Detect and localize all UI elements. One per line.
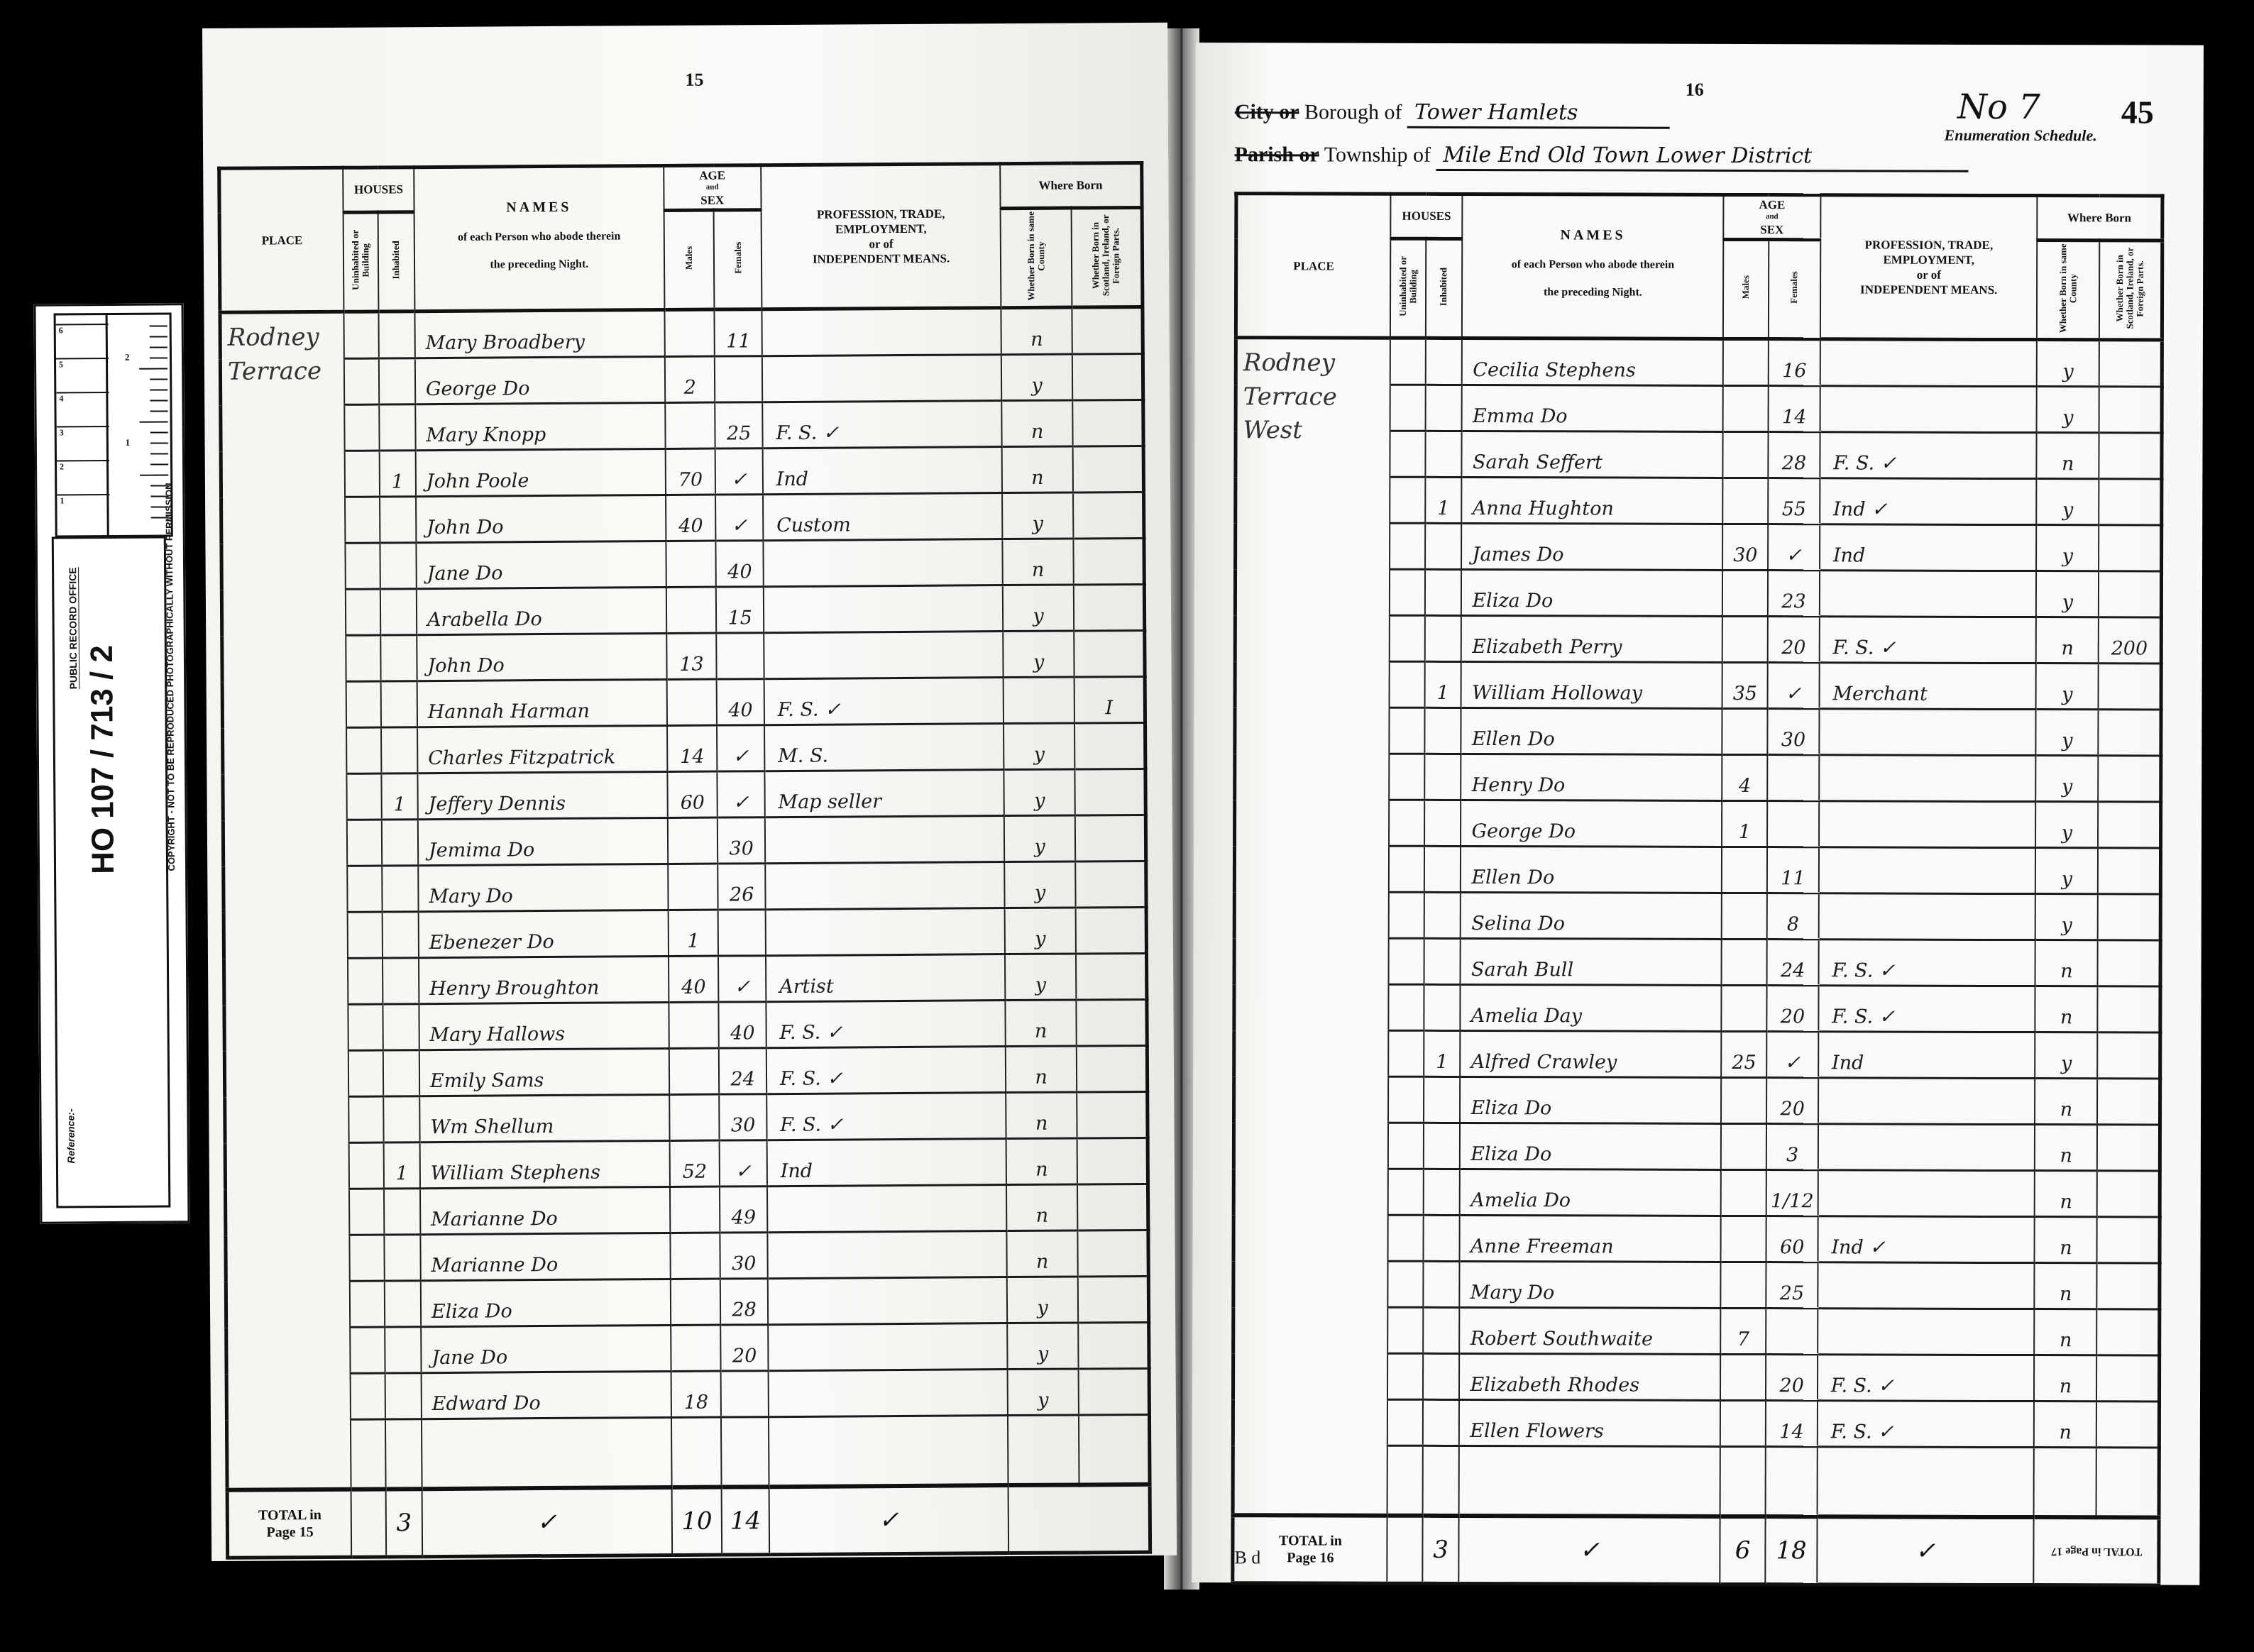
born-same-county: y [1004, 723, 1074, 770]
inhabited-cell: 1 [380, 451, 416, 497]
total-row: TOTAL inPage 15 3 ✓ 10 14 ✓ [227, 1485, 1150, 1558]
profession: F. S. ✓ [1818, 1401, 2035, 1448]
blank-row [226, 1415, 1150, 1490]
person-name: Jane Do [416, 541, 666, 589]
born-foreign [1076, 954, 1147, 1001]
footer-mark: B d [1234, 1547, 1260, 1568]
header-names-sub1: of each Person who abode therein [415, 223, 664, 252]
header-uninhabited: Uninhabited or Building [343, 212, 379, 312]
uninhabited-cell [346, 727, 381, 773]
inhabited-cell: 1 [1424, 1031, 1461, 1077]
person-name: Mary Knopp [415, 403, 665, 451]
uninhabited-cell [1389, 846, 1424, 892]
born-same-county: n [2035, 1079, 2097, 1125]
schedule-label: Enumeration Schedule. [1944, 126, 2096, 145]
total-females: 18 [1766, 1516, 1818, 1585]
born-foreign [1075, 815, 1146, 862]
ruler-tick [150, 336, 167, 337]
profession [762, 355, 1002, 402]
inhabited-cell [380, 635, 417, 681]
person-name: Sarah Bull [1461, 939, 1722, 986]
born-foreign [2096, 1355, 2159, 1402]
profession [767, 1185, 1007, 1233]
left-page: 15 PLACE HOUSES NAMES of each Person who… [202, 23, 1177, 1561]
born-foreign [2099, 433, 2162, 479]
ruler-tick [139, 368, 167, 369]
person-name: Eliza Do [1461, 570, 1722, 617]
uninhabited-cell [351, 1373, 385, 1419]
header-names-sub2: the preceding Night. [415, 250, 664, 280]
profession [763, 539, 1003, 587]
born-same-county: y [1001, 354, 1072, 401]
header-age-sex: AGEandSEX [664, 165, 762, 211]
person-name: Robert Southwaite [1460, 1308, 1721, 1355]
male-age [1721, 1216, 1766, 1262]
total-inhabited: 3 [386, 1489, 422, 1557]
inhabited-cell [1423, 1354, 1460, 1400]
born-same-county: n [2034, 1402, 2096, 1448]
female-age: 40 [717, 679, 764, 725]
total-row: TOTAL inPage 16 3 ✓ 6 18 ✓ TOTAL in Page… [1233, 1515, 2159, 1585]
born-same-county: n [2035, 1217, 2097, 1263]
header-names-sub2: the preceding Night. [1463, 279, 1723, 307]
person-name: Charles Fitzpatrick [417, 726, 667, 773]
uninhabited-cell [347, 820, 382, 866]
header-same-county: Whether Born in same County [1001, 208, 1072, 308]
female-age: 40 [716, 541, 764, 587]
person-name: Henry Do [1461, 754, 1722, 801]
profession [1820, 571, 2037, 617]
profession: F. S. ✓ [1820, 617, 2037, 663]
place-cell: Rodney Terrace West [1233, 338, 1390, 1516]
inhabited-cell [383, 1096, 419, 1142]
female-age [715, 356, 762, 402]
inhabited-cell [1425, 524, 1462, 570]
female-age: 20 [1768, 617, 1820, 663]
profession [1819, 709, 2036, 756]
female-age [1768, 755, 1820, 801]
inhabited-cell: 1 [381, 773, 417, 820]
uninhabited-cell [350, 1327, 385, 1373]
person-row: Jane Do 40 n [221, 539, 1144, 590]
person-name: Mary Hallows [419, 1003, 669, 1050]
inhabited-cell [1424, 985, 1461, 1031]
person-name: Ellen Do [1461, 708, 1722, 755]
uninhabited-cell [348, 958, 383, 1004]
person-name: Elizabeth Rhodes [1459, 1354, 1720, 1401]
inhabited-cell [380, 589, 417, 635]
profession: Artist [766, 954, 1006, 1002]
born-same-county: n [2035, 986, 2098, 1032]
born-foreign [1078, 1277, 1149, 1323]
person-name: James Do [1462, 524, 1723, 571]
male-age: 13 [666, 633, 717, 679]
total-profession-tick: ✓ [769, 1485, 1008, 1555]
male-age: 40 [666, 495, 716, 541]
total-names-tick: ✓ [1459, 1516, 1720, 1584]
total-uninhabited [1387, 1516, 1422, 1584]
profession: Ind ✓ [1820, 478, 2037, 525]
person-row: Edward Do 18 y [226, 1369, 1149, 1421]
inhabited-cell [383, 1004, 419, 1050]
female-age: 30 [720, 1094, 767, 1140]
male-age [1722, 571, 1768, 617]
female-age [721, 1371, 769, 1417]
inhabited-cell [1424, 1077, 1461, 1123]
total-inhabited: 3 [1422, 1516, 1459, 1584]
born-same-county: n [1006, 1046, 1077, 1093]
uninhabited-cell [1387, 1261, 1423, 1307]
male-age: 1 [1722, 801, 1767, 847]
header-foreign: Whether Born in Scotland, Ireland, or Fo… [2099, 241, 2162, 340]
person-row: George Do 2 y [220, 354, 1143, 406]
copyright-notice: COPYRIGHT - NOT TO BE REPRODUCED PHOTOGR… [163, 483, 177, 871]
born-foreign [1078, 1369, 1149, 1416]
ruler-tick [150, 453, 168, 454]
born-foreign [2098, 848, 2160, 894]
profession [1819, 847, 2036, 894]
female-age: 3 [1766, 1124, 1818, 1170]
male-age [1721, 1124, 1766, 1170]
person-name: William Stephens [419, 1141, 669, 1189]
census-table-right: PLACE HOUSES NAMES of each Person who ab… [1231, 192, 2164, 1587]
header-females: Females [1769, 240, 1820, 339]
profession [762, 308, 1001, 356]
inhabited-cell [1424, 847, 1461, 893]
uninhabited-cell [346, 543, 380, 589]
born-same-county: y [2035, 848, 2098, 894]
inhabited-cell [1424, 708, 1461, 754]
ruler-tick [150, 410, 168, 412]
uninhabited-cell [346, 635, 381, 681]
uninhabited-cell [348, 1096, 383, 1142]
uninhabited-cell [1390, 385, 1426, 431]
office-label: PUBLIC RECORD OFFICE [67, 567, 79, 689]
person-row: 1 Jeffery Dennis 60 ✓ Map seller y [223, 769, 1145, 821]
uninhabited-cell [345, 451, 380, 497]
inhabited-cell [381, 681, 417, 727]
profession [765, 908, 1005, 956]
right-page: 16 City or Borough of Tower Hamlets Pari… [1192, 43, 2204, 1585]
uninhabited-cell [1390, 569, 1425, 615]
profession: Ind [1820, 524, 2037, 571]
inhabited-cell [1424, 616, 1461, 662]
person-name: Eliza Do [1460, 1077, 1721, 1124]
person-name: Ellen Flowers [1459, 1400, 1720, 1447]
female-age [718, 910, 766, 956]
born-same-county: y [2036, 571, 2099, 617]
inhabited-cell [1424, 1123, 1461, 1169]
female-age: 11 [1767, 847, 1819, 893]
born-same-county: n [1006, 1138, 1077, 1185]
inhabited-cell [378, 312, 414, 358]
profession [764, 585, 1004, 633]
uninhabited-cell [350, 1281, 385, 1327]
born-same-county: n [1002, 446, 1073, 493]
ruler-inch-label: 2 [125, 352, 130, 363]
born-foreign [1074, 723, 1145, 770]
person-name: Eliza Do [421, 1279, 671, 1327]
born-same-county: n [1007, 1230, 1078, 1277]
born-foreign [1077, 1092, 1148, 1139]
person-name: George Do [415, 357, 665, 404]
born-foreign: I [1074, 677, 1145, 724]
male-age [664, 309, 715, 356]
born-same-county: n [1006, 1000, 1077, 1047]
uninhabited-cell [348, 1004, 383, 1050]
born-foreign [1077, 1230, 1148, 1277]
ruler-inch-label: 1 [126, 437, 131, 448]
born-foreign [2097, 1309, 2160, 1355]
born-foreign [2099, 571, 2161, 617]
profession [768, 1277, 1008, 1325]
male-age: 25 [1721, 1032, 1766, 1078]
profession [1819, 801, 2036, 848]
borough-label: Borough of [1304, 100, 1402, 123]
header-profession: PROFESSION, TRADE, EMPLOYMENT, or of IND… [761, 164, 1001, 309]
profession: F. S. ✓ [766, 1001, 1006, 1048]
born-same-county: y [1004, 815, 1075, 862]
person-row: Hannah Harman 40 F. S. ✓ I [222, 677, 1145, 729]
born-foreign [2098, 986, 2160, 1032]
male-age [1723, 386, 1769, 432]
person-name: Alfred Crawley [1461, 1031, 1722, 1078]
person-name: Selina Do [1461, 893, 1722, 940]
male-age: 1 [668, 910, 718, 956]
uninhabited-cell [1387, 1353, 1423, 1399]
person-name: Jeffery Dennis [417, 772, 667, 820]
male-age [1722, 709, 1768, 755]
born-same-county: n [1006, 1092, 1077, 1139]
inhabited-cell [379, 404, 415, 451]
born-foreign [1072, 307, 1143, 355]
ruler-tick [150, 357, 167, 358]
male-age [670, 1233, 720, 1279]
header-males: Males [1723, 239, 1769, 338]
ruler-tick [150, 378, 167, 380]
person-row: Rodney Terrace Mary Broadbery 11 n [220, 307, 1143, 360]
profession [1818, 1170, 2035, 1217]
ruler-tick [150, 463, 168, 465]
born-foreign [2099, 340, 2162, 387]
male-age [1720, 1401, 1766, 1447]
male-age: 60 [667, 771, 718, 817]
person-row: Jemima Do 30 y [223, 815, 1145, 867]
male-age [670, 1186, 720, 1233]
person-name: Marianne Do [420, 1233, 670, 1281]
person-row: Jane Do 20 y [226, 1323, 1149, 1375]
uninhabited-cell [1390, 338, 1426, 385]
female-age: 24 [719, 1048, 766, 1094]
person-name: Emily Sams [419, 1049, 669, 1096]
female-age: 30 [720, 1233, 768, 1279]
uninhabited-cell [1390, 523, 1425, 569]
born-foreign [1074, 769, 1145, 816]
uninhabited-cell [1389, 754, 1424, 800]
schedule-number: 45 [2121, 93, 2154, 131]
profession: F. S. ✓ [762, 401, 1002, 448]
person-row: Emily Sams 24 F. S. ✓ n [224, 1046, 1147, 1098]
uninhabited-cell [1388, 1076, 1424, 1123]
born-foreign [1077, 1138, 1148, 1185]
header-names: NAMES of each Person who abode therein t… [414, 166, 664, 312]
header-females: Females [714, 210, 762, 310]
person-name: Henry Broughton [419, 957, 669, 1004]
male-age: 18 [671, 1371, 721, 1417]
borough-prefix-struck: City or [1235, 100, 1299, 123]
female-age: 14 [1766, 1401, 1818, 1447]
born-same-county: n [2035, 1171, 2097, 1217]
born-foreign [2099, 756, 2161, 802]
born-foreign [2098, 940, 2160, 986]
inhabited-cell: 1 [1425, 478, 1462, 524]
uninhabited-cell [1388, 1030, 1424, 1076]
inhabited-cell [385, 1281, 421, 1327]
male-age [666, 679, 717, 725]
person-name: Mary Broadbery [414, 310, 664, 358]
inhabited-cell [380, 497, 416, 543]
ruler-tick [150, 442, 168, 444]
male-age [665, 402, 715, 448]
male-age [1722, 617, 1768, 663]
born-foreign [1078, 1323, 1149, 1370]
uninhabited-cell [1389, 892, 1424, 938]
female-age: ✓ [718, 771, 765, 817]
uninhabited-cell [1388, 1123, 1424, 1169]
born-foreign [2099, 710, 2161, 756]
person-name: Jemima Do [418, 818, 668, 866]
inhabited-cell [1423, 1216, 1460, 1262]
schedule-handwritten: No 7 [1957, 87, 2040, 127]
inhabited-cell [1423, 1169, 1460, 1216]
reference-box: PUBLIC RECORD OFFICE HO 107 / 713 / 2 Re… [52, 536, 171, 1208]
born-same-county: y [1007, 1323, 1078, 1370]
born-same-county: y [1008, 1369, 1079, 1416]
township-value: Mile End Old Town Lower District [1436, 143, 1969, 172]
female-age: ✓ [1768, 524, 1820, 571]
born-same-county [1004, 677, 1074, 724]
ruler-tick [150, 431, 168, 433]
person-row: Marianne Do 49 n [225, 1184, 1148, 1236]
person-row: Wm Shellum 30 F. S. ✓ n [225, 1092, 1148, 1144]
inhabited-cell [1425, 385, 1462, 431]
female-age: 23 [1768, 571, 1820, 617]
person-name: Amelia Do [1460, 1169, 1721, 1216]
header-males: Males [664, 210, 715, 310]
male-age: 7 [1720, 1309, 1766, 1355]
male-age [1722, 893, 1767, 940]
header-names-title: NAMES [414, 198, 663, 217]
born-same-county: y [1007, 1277, 1078, 1323]
person-name: Mary Do [1460, 1262, 1721, 1309]
total-males: 6 [1720, 1516, 1765, 1585]
person-name: John Do [416, 495, 666, 543]
male-age [1722, 847, 1767, 893]
inhabited-cell [1425, 431, 1462, 478]
inhabited-cell: 1 [384, 1142, 420, 1189]
ruler-tick [140, 421, 168, 422]
profession: Merchant [1819, 663, 2036, 710]
born-same-county: y [1005, 954, 1076, 1001]
born-same-county: y [2035, 802, 2098, 848]
profession [1818, 1124, 2035, 1171]
header-foreign: Whether Born in Scotland, Ireland, or Fo… [1071, 207, 1142, 307]
header-houses: HOUSES [343, 167, 414, 213]
born-foreign [1077, 1046, 1148, 1093]
female-age: 28 [1769, 432, 1820, 478]
person-row: 1 John Poole 70 ✓ Ind n [221, 446, 1143, 498]
uninhabited-cell [1388, 1169, 1424, 1215]
female-age: 25 [1766, 1262, 1818, 1309]
inhabited-cell [1424, 754, 1461, 800]
born-foreign [1072, 400, 1143, 447]
inhabited-cell [1424, 939, 1461, 985]
female-age: 20 [1766, 1355, 1818, 1401]
profession: F. S. ✓ [1820, 432, 2037, 479]
profession: F. S. ✓ [1818, 1355, 2035, 1402]
total-label: TOTAL inPage 15 [227, 1489, 351, 1558]
person-name: George Do [1461, 800, 1722, 847]
uninhabited-cell [1389, 800, 1424, 846]
profession: Ind [762, 447, 1002, 495]
person-name: Jane Do [421, 1326, 671, 1373]
person-row: Eliza Do 28 y [226, 1277, 1148, 1328]
person-row: John Do 40 ✓ Custom y [221, 492, 1144, 544]
born-same-county: y [1004, 631, 1074, 678]
born-foreign [2097, 1217, 2160, 1263]
header-inhabited: Inhabited [1426, 238, 1463, 338]
header-where-born: Where Born [1000, 163, 1142, 208]
ruler-tick [150, 400, 167, 401]
person-name: Amelia Day [1461, 985, 1722, 1032]
born-same-county: y [2036, 663, 2099, 710]
born-same-county: n [1002, 400, 1073, 447]
born-foreign [1073, 492, 1144, 539]
male-age [669, 1048, 719, 1094]
profession: F. S. ✓ [766, 1047, 1006, 1094]
born-same-county: n [2035, 1125, 2097, 1171]
female-age: 20 [1766, 1078, 1818, 1124]
male-age [1722, 478, 1768, 524]
person-name: Emma Do [1462, 385, 1723, 432]
inhabited-cell [1425, 338, 1462, 385]
total-profession-tick: ✓ [1817, 1517, 2034, 1585]
born-same-county: y [2037, 479, 2099, 525]
female-age [1767, 801, 1819, 847]
profession: F. S. ✓ [764, 678, 1004, 725]
ruler-cm-mark: 1 [57, 494, 109, 507]
place-cell: Rodney Terrace [220, 312, 351, 1491]
person-name: Anne Freeman [1460, 1216, 1721, 1262]
township-prefix-struck: Parish or [1235, 143, 1319, 166]
male-age: 70 [665, 448, 715, 495]
born-same-county: n [2037, 433, 2099, 479]
uninhabited-cell [345, 404, 380, 451]
profession [768, 1323, 1008, 1371]
person-name: Mary Do [418, 864, 668, 912]
born-foreign [2097, 1079, 2160, 1125]
inhabited-cell [381, 727, 417, 773]
inhabited-cell [1423, 1400, 1460, 1446]
female-age: 14 [1769, 386, 1820, 432]
female-age: 8 [1767, 893, 1819, 940]
male-age: 35 [1722, 663, 1768, 709]
born-same-county: y [2036, 756, 2099, 802]
person-name: John Poole [416, 449, 666, 497]
born-foreign [2098, 894, 2160, 940]
township-label: Township of [1324, 143, 1431, 166]
female-age: 25 [715, 402, 763, 448]
